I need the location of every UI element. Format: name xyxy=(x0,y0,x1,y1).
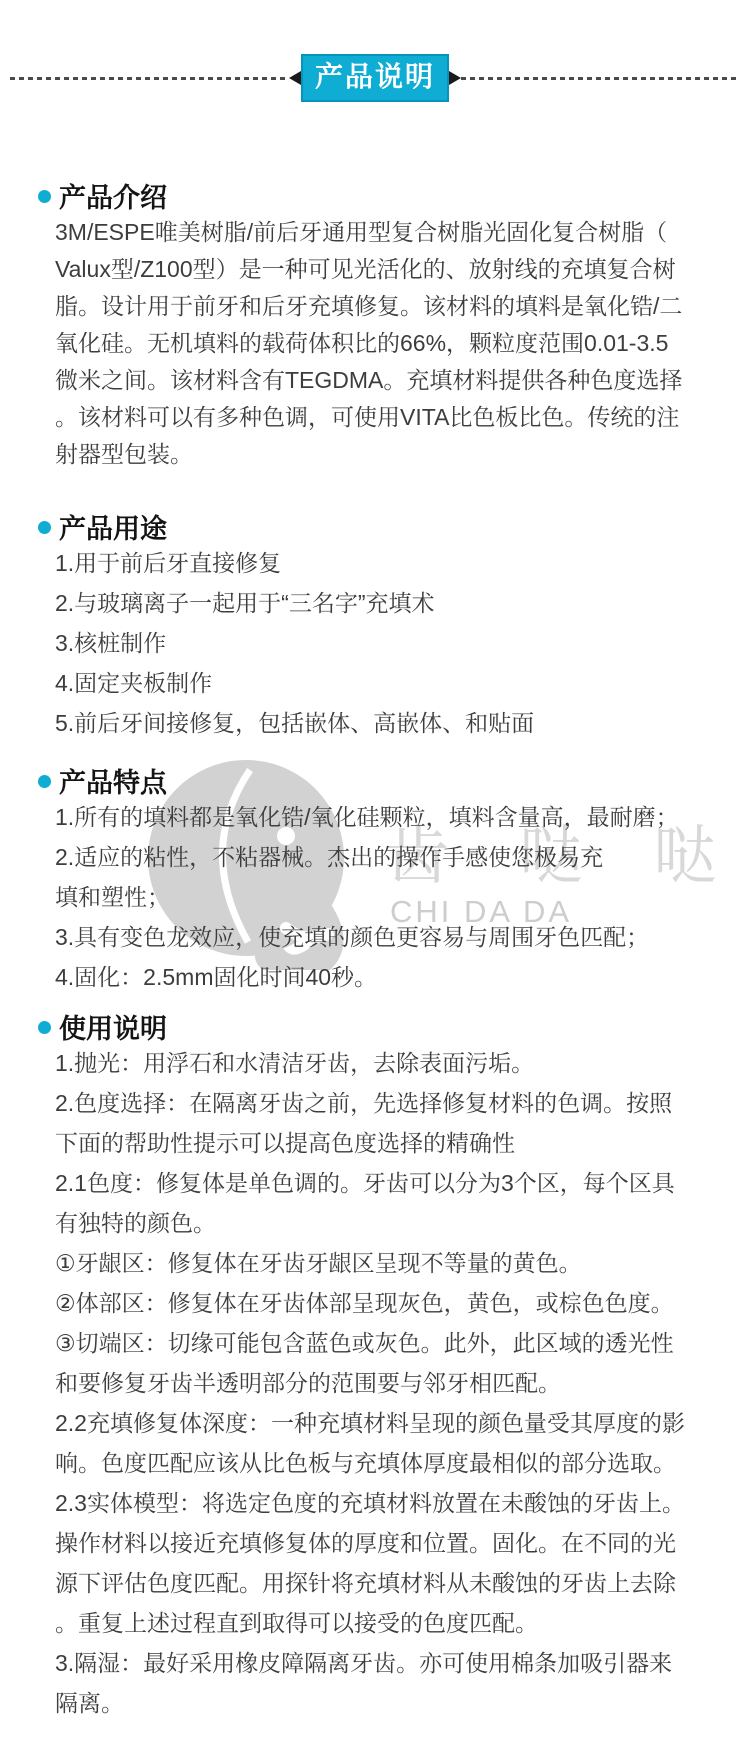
features-list: 1.所有的填料都是氧化锆/氧化硅颗粒，填料含量高，最耐磨；2.适应的粘性，不粘器… xyxy=(55,797,702,997)
section-title: 产品用途 xyxy=(59,507,167,546)
bullet-dot-icon xyxy=(38,1021,51,1034)
instructions-list: 1.抛光：用浮石和水清洁牙齿，去除表面污垢。2.色度选择：在隔离牙齿之前，先选择… xyxy=(55,1043,702,1723)
text-line: 2.1色度：修复体是单色调的。牙齿可以分为3个区，每个区具 有独特的颜色。 xyxy=(55,1163,702,1243)
text-line: 2.与玻璃离子一起用于“三名字”充填术 xyxy=(55,583,702,623)
section-title: 产品特点 xyxy=(59,761,167,800)
section-heading: 产品介绍 xyxy=(38,178,702,212)
section-title: 使用说明 xyxy=(59,1007,167,1046)
text-line: 2.2充填修复体深度：一种充填材料呈现的颜色量受其厚度的影 响。色度匹配应该从比… xyxy=(55,1403,702,1483)
text-line: 3.隔湿：最好采用橡皮障隔离牙齿。亦可使用棉条加吸引器来 隔离。 xyxy=(55,1643,702,1723)
text-line: ②体部区：修复体在牙齿体部呈现灰色，黄色，或棕色色度。 xyxy=(55,1283,702,1323)
text-line: 3.具有变色龙效应，使充填的颜色更容易与周围牙色匹配； xyxy=(55,917,702,957)
section-heading: 产品用途 xyxy=(38,509,702,543)
text-line: ①牙龈区：修复体在牙齿牙龈区呈现不等量的黄色。 xyxy=(55,1243,702,1283)
text-line: 1.所有的填料都是氧化锆/氧化硅颗粒，填料含量高，最耐磨； xyxy=(55,797,702,837)
uses-list: 1.用于前后牙直接修复2.与玻璃离子一起用于“三名字”充填术3.核桩制作4.固定… xyxy=(55,543,702,743)
text-line: 5.前后牙间接修复，包括嵌体、高嵌体、和贴面 xyxy=(55,703,702,743)
bullet-dot-icon xyxy=(38,775,51,788)
dashed-divider-left xyxy=(10,77,289,80)
section-heading: 使用说明 xyxy=(38,1009,702,1043)
section-product-intro: 产品介绍 3M/ESPE唯美树脂/前后牙通用型复合树脂光固化复合树脂（ Valu… xyxy=(38,178,702,473)
bullet-dot-icon xyxy=(38,521,51,534)
triangle-right-icon xyxy=(449,71,461,85)
text-line: 1.用于前后牙直接修复 xyxy=(55,543,702,583)
page-title: 产品说明 xyxy=(301,54,449,102)
section-product-features: 产品特点 1.所有的填料都是氧化锆/氧化硅颗粒，填料含量高，最耐磨；2.适应的粘… xyxy=(38,763,702,997)
text-line: ③切端区：切缘可能包含蓝色或灰色。此外，此区域的透光性 和要修复牙齿半透明部分的… xyxy=(55,1323,702,1403)
text-line: 4.固化：2.5mm固化时间40秒。 xyxy=(55,957,702,997)
dashed-divider-right xyxy=(461,77,740,80)
section-title: 产品介绍 xyxy=(59,176,167,215)
intro-paragraph: 3M/ESPE唯美树脂/前后牙通用型复合树脂光固化复合树脂（ Valux型/Z1… xyxy=(55,214,702,473)
triangle-left-icon xyxy=(289,71,301,85)
text-line: 4.固定夹板制作 xyxy=(55,663,702,703)
text-line: 2.色度选择：在隔离牙齿之前，先选择修复材料的色调。按照 下面的帮助性提示可以提… xyxy=(55,1083,702,1163)
section-heading: 产品特点 xyxy=(38,763,702,797)
text-line: 1.抛光：用浮石和水清洁牙齿，去除表面污垢。 xyxy=(55,1043,702,1083)
text-line: 2.适应的粘性，不粘器械。杰出的操作手感使您极易充 填和塑性； xyxy=(55,837,702,917)
content-area: 产品介绍 3M/ESPE唯美树脂/前后牙通用型复合树脂光固化复合树脂（ Valu… xyxy=(38,178,702,1723)
section-usage-instructions: 使用说明 1.抛光：用浮石和水清洁牙齿，去除表面污垢。2.色度选择：在隔离牙齿之… xyxy=(38,1009,702,1723)
bullet-dot-icon xyxy=(38,190,51,203)
text-line: 2.3实体模型：将选定色度的充填材料放置在未酸蚀的牙齿上。 操作材料以接近充填修… xyxy=(55,1483,702,1643)
section-product-uses: 产品用途 1.用于前后牙直接修复2.与玻璃离子一起用于“三名字”充填术3.核桩制… xyxy=(38,509,702,743)
product-description-page: 齿哒哒 CHI DA DA 产品说明 产品介绍 3M/ESPE唯美树脂/前后牙通… xyxy=(0,0,750,1750)
section-banner: 产品说明 xyxy=(10,55,740,101)
text-line: 3.核桩制作 xyxy=(55,623,702,663)
